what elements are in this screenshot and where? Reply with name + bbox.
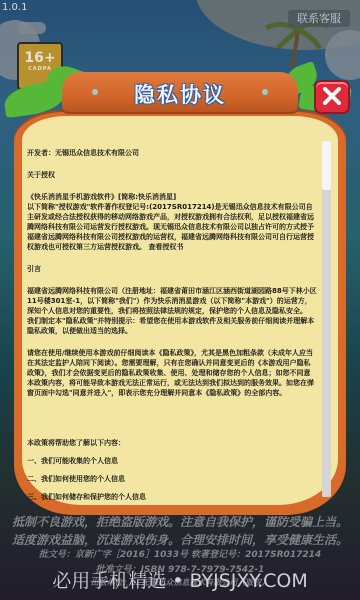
about-heading: 关于授权: [27, 170, 317, 180]
dialog-title: 隐私协议: [62, 79, 298, 109]
privacy-content-scroll[interactable]: 开发者：无锡迅众信息技术有限公司 关于授权 《快乐消消星手机游戏软件》[简称:快…: [27, 148, 317, 508]
toc-item: 一、我们可能收集的个人信息: [27, 456, 317, 466]
site-watermark: 必用手机精选 • BYJSJXY.COM: [0, 566, 360, 593]
contact-support-button[interactable]: 联系客服: [288, 10, 350, 27]
scrollbar-thumb[interactable]: [322, 141, 331, 190]
intro-paragraph-1: 福建省远腾网络科技有限公司（注册地址：福建省莆田市涵江区涵西街道湖园路88号下林…: [27, 286, 317, 306]
notice-paragraph: 请您在使用/继续使用本游戏前仔细阅读本《隐私政策》，尤其是黑色加粗条款（未成年人…: [27, 348, 317, 398]
intro-heading: 引言: [27, 264, 317, 274]
footer-approval-number: 批文号：京新广字［2016］1033号 软著登记号：2017SR017214: [0, 547, 360, 560]
close-icon: [322, 87, 342, 105]
content-scrollbar[interactable]: [322, 141, 331, 497]
software-name: 《快乐消消星手机游戏软件》[简称:快乐消消星]: [27, 192, 317, 202]
authorization-text: 以下简称"授权游戏"软件著作权登记号:(2017SR017214)是无锡迅众信息…: [27, 202, 317, 252]
toc-item: 三、我们如何储存和保护您的个人信息: [27, 492, 317, 502]
version-label: 1.0.1: [2, 2, 27, 13]
close-button[interactable]: [314, 80, 350, 114]
developer-line: 开发者：无锡迅众信息技术有限公司: [27, 148, 317, 158]
age-rating-number: 16+: [19, 50, 61, 66]
footer-health-notice-1: 抵制不良游戏，拒绝盗版游戏。注意自我保护，谨防受骗上当。: [0, 513, 360, 530]
toc-item: 二、我们如何使用您的个人信息: [27, 474, 317, 484]
footer-health-notice-2: 适度游戏益脑，沉迷游戏伤身。合理安排时间，享受健康生活。: [0, 531, 360, 548]
dialog-header: 隐私协议: [62, 72, 298, 112]
toc-heading: 本政策将帮助您了解以下内容：: [27, 438, 317, 448]
intro-paragraph-3: 我们制定本"隐私政策"并特别提示：希望您在使用本游戏软件及相关服务前仔细阅读并理…: [27, 316, 317, 336]
intro-paragraph-2: 深知个人信息对您的重要性，我们将按照法律法规的规定，保护您的个人信息及隐私安全。: [27, 306, 317, 316]
